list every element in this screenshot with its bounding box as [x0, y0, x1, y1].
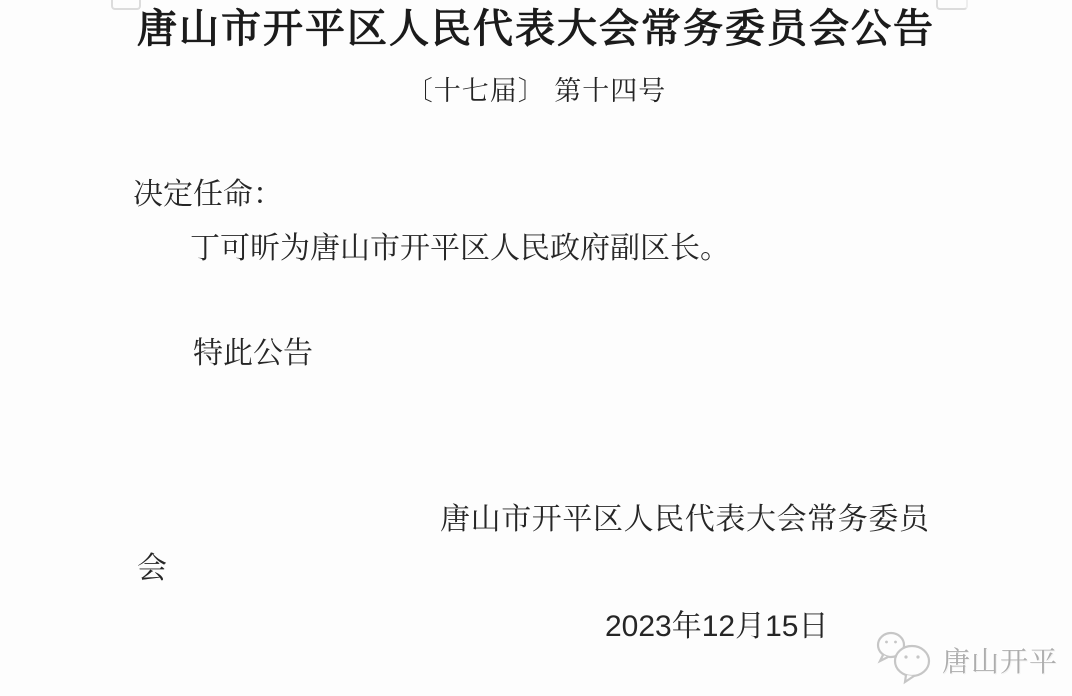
appointment-line: 丁可昕为唐山市开平区人民政府副区长。	[190, 234, 730, 264]
decision-label: 决定任命：	[133, 180, 283, 210]
signature-line-1: 唐山市开平区人民代表大会常务委员	[440, 505, 930, 535]
source-watermark: 唐山开平	[874, 628, 1058, 686]
wechat-bubbles-icon	[874, 628, 936, 686]
closing-line: 特此公告	[193, 339, 313, 369]
document-date: 2023年12月15日	[605, 612, 828, 642]
announcement-document: 唐山市开平区人民代表大会常务委员会公告 〔十七届〕 第十四号 决定任命： 丁可昕…	[0, 0, 1072, 696]
document-title: 唐山市开平区人民代表大会常务委员会公告	[0, 9, 1072, 49]
document-issue-number: 〔十七届〕 第十四号	[0, 78, 1072, 105]
signature-line-2-wrapped-char: 会	[137, 554, 167, 584]
watermark-label: 唐山开平	[942, 640, 1058, 680]
